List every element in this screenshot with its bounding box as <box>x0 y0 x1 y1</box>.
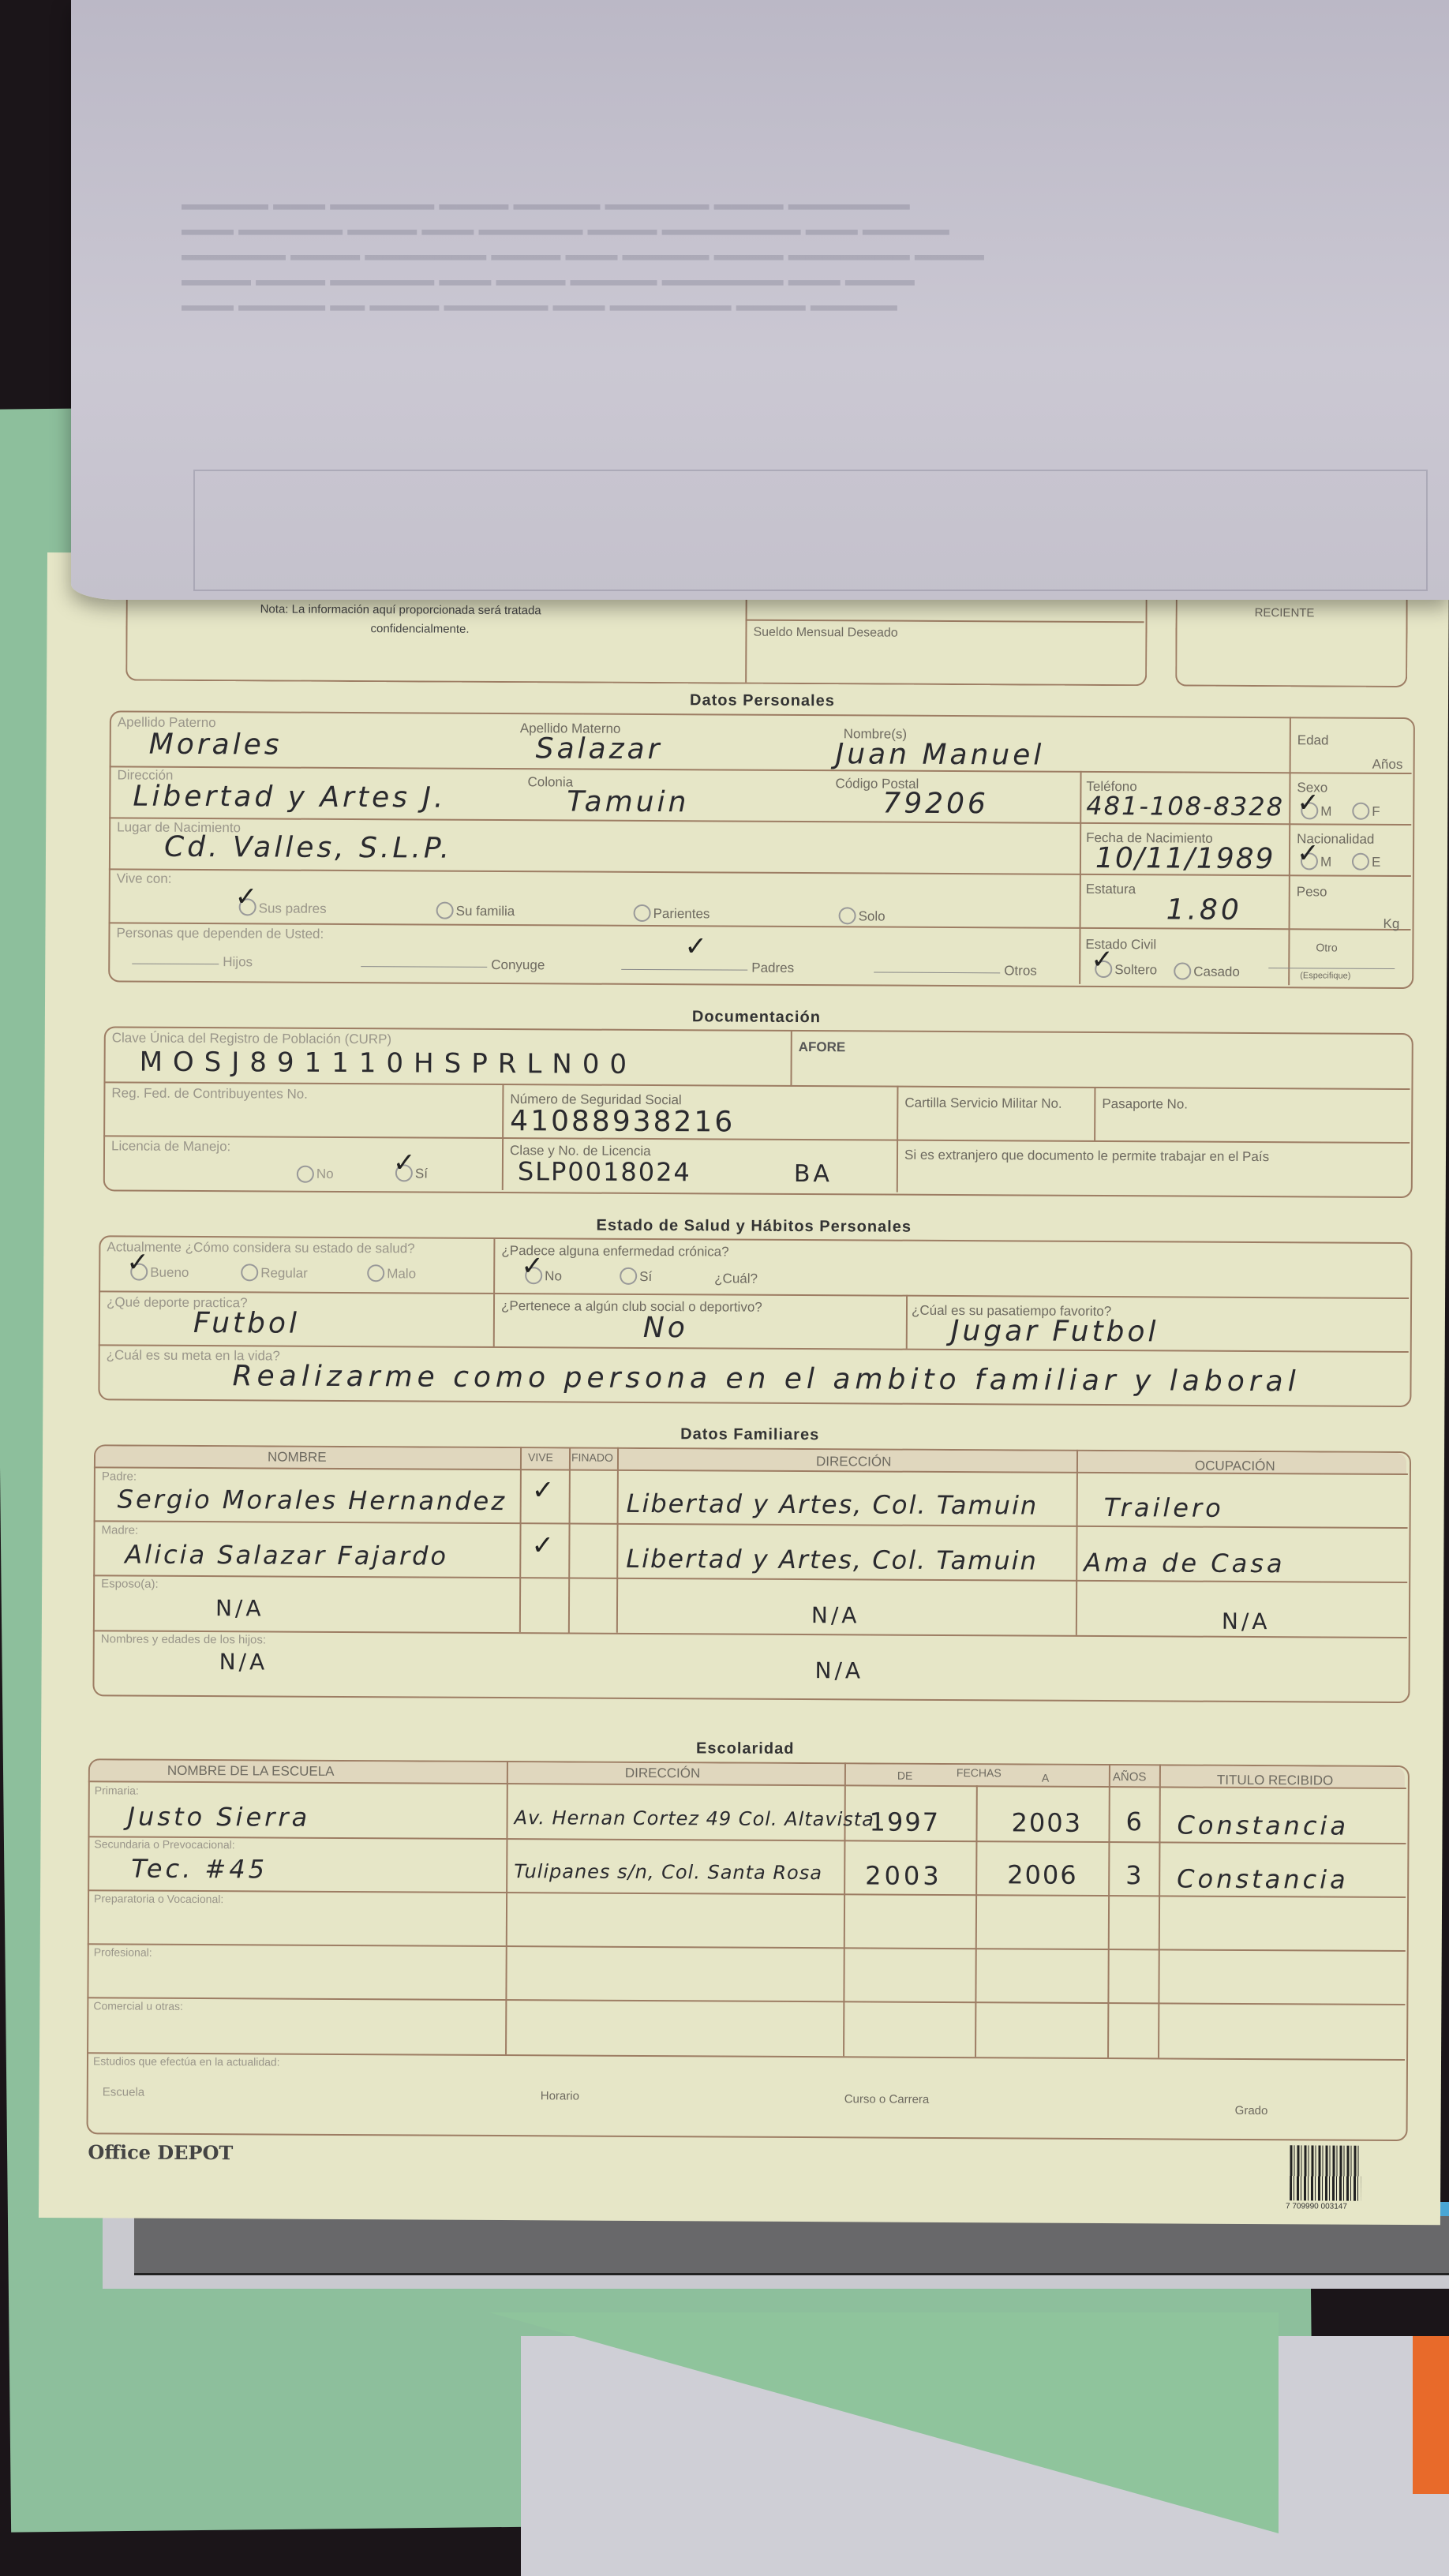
vive-su-familia-label: Su familia <box>456 904 515 919</box>
primaria-nombre[interactable]: Justo Sierra <box>128 1802 311 1833</box>
col-header-vive: VIVE <box>528 1451 553 1463</box>
office-depot-logo: Office DEPOT <box>88 2140 233 2164</box>
curso-label: Curso o Carrera <box>844 2092 930 2106</box>
row-label-esposo: Esposo(a): <box>101 1577 159 1590</box>
col-header-ocupacion: OCUPACIÓN <box>1195 1458 1275 1475</box>
secundaria-direccion[interactable]: Tulipanes s/n, Col. Santa Rosa <box>514 1860 822 1884</box>
afore-label: AFORE <box>799 1039 846 1055</box>
apellido-paterno-field[interactable]: Morales <box>149 728 283 762</box>
hijos-field[interactable]: N/A <box>219 1649 268 1675</box>
cronica-si-radio[interactable] <box>620 1267 637 1285</box>
peso-label: Peso <box>1297 884 1327 900</box>
row-label-comercial: Comercial u otras: <box>93 1999 183 2012</box>
primaria-direccion[interactable]: Av. Hernan Cortez 49 Col. Altavista <box>515 1807 874 1830</box>
estatura-label: Estatura <box>1086 882 1136 897</box>
check-mark-icon: ✓ <box>1297 789 1320 816</box>
pasatiempo-field[interactable]: Jugar Futbol <box>951 1315 1159 1348</box>
cual-label: ¿Cuál? <box>714 1271 758 1286</box>
barcode-number: 7 709990 003147 <box>1286 2202 1347 2211</box>
telefono-field[interactable]: 481-108-8328 <box>1086 791 1284 822</box>
colonia-field[interactable]: Tamuin <box>567 785 689 818</box>
col-header-titulo: TITULO RECIBIDO <box>1217 1773 1333 1789</box>
sexo-m-label: M <box>1320 803 1331 819</box>
secundaria-anos[interactable]: 3 <box>1125 1860 1145 1890</box>
lugar-nacimiento-field[interactable]: Cd. Valles, S.L.P. <box>164 831 452 865</box>
padre-ocupacion[interactable]: Trailero <box>1104 1492 1224 1523</box>
extranjero-label: Si es extranjero que documento le permit… <box>904 1148 1269 1165</box>
vive-con-label: Vive con: <box>117 871 172 886</box>
note-line-3: confidencialmente. <box>370 622 469 636</box>
cronica-si-label: Sí <box>639 1269 652 1285</box>
apellido-materno-field[interactable]: Salazar <box>536 732 663 766</box>
esposo-ocupacion[interactable]: N/A <box>1222 1608 1271 1634</box>
section-title-familiares: Datos Familiares <box>680 1425 819 1444</box>
licencia-no-label: No <box>316 1166 334 1182</box>
primaria-titulo[interactable]: Constancia <box>1177 1810 1349 1841</box>
codigo-postal-field[interactable]: 79206 <box>882 788 989 821</box>
row-label-preparatoria: Preparatoria o Vocacional: <box>94 1892 223 1905</box>
job-application-form: Favor de llenar esta solicitud en forma … <box>39 552 1449 2225</box>
padre-vive-check-icon[interactable]: ✓ <box>532 1477 555 1503</box>
section-title-datos-personales: Datos Personales <box>690 691 835 710</box>
casado-radio[interactable] <box>1174 962 1191 979</box>
escuela-actual-label: Escuela <box>103 2085 144 2099</box>
col-header-nombre: NOMBRE <box>268 1449 327 1465</box>
licencia-numero-field[interactable]: SLP0018024 <box>518 1156 691 1187</box>
rfc-label: Reg. Fed. de Contribuyentes No. <box>111 1085 308 1102</box>
pasaporte-label: Pasaporte No. <box>1102 1096 1188 1113</box>
orange-folder-edge <box>1413 2336 1449 2494</box>
dependientes-conyuge: Conyuge <box>491 957 545 973</box>
dependientes-otros: Otros <box>1004 963 1037 979</box>
section-title-documentacion: Documentación <box>692 1008 821 1027</box>
barcode-icon <box>1290 2145 1361 2200</box>
divider <box>906 1295 908 1349</box>
edad-label: Edad <box>1297 732 1329 748</box>
primaria-de[interactable]: 1997 <box>869 1807 940 1837</box>
vive-solo-label: Solo <box>859 908 885 924</box>
licencia-no-radio[interactable] <box>297 1166 314 1183</box>
club-field[interactable]: No <box>643 1312 688 1344</box>
curp-field[interactable]: MOSJ891110HSPRLN00 <box>140 1046 638 1080</box>
secundaria-titulo[interactable]: Constancia <box>1177 1864 1349 1895</box>
section-title-escolaridad: Escolaridad <box>696 1739 795 1758</box>
col-header-fechas: FECHAS <box>957 1766 1002 1779</box>
bleed-through-box <box>193 470 1428 591</box>
check-mark-icon: ✓ <box>393 1149 416 1176</box>
hijos-direccion-field[interactable]: N/A <box>815 1657 864 1683</box>
licencia-label: Licencia de Manejo: <box>111 1138 230 1155</box>
hijos-label: Nombres y edades de los hijos: <box>101 1632 266 1646</box>
estudios-actuales-label: Estudios que efectúa en la actualidad: <box>93 2054 280 2068</box>
fecha-nacimiento-field[interactable]: 10/11/1989 <box>1095 842 1275 875</box>
row-label-padre: Padre: <box>102 1470 137 1483</box>
madre-ocupacion[interactable]: Ama de Casa <box>1084 1548 1285 1578</box>
licencia-si-label: Sí <box>415 1166 428 1181</box>
divider <box>790 1030 792 1085</box>
check-mark-icon: ✓ <box>235 883 258 910</box>
grado-label: Grado <box>1235 2104 1268 2117</box>
check-mark-icon: ✓ <box>521 1252 544 1279</box>
direccion-field[interactable]: Libertad y Artes J. <box>133 781 446 814</box>
peso-unit: Kg <box>1383 916 1400 932</box>
note-line-2: Nota: La información aquí proporcionada … <box>260 602 541 617</box>
esposo-direccion[interactable]: N/A <box>811 1602 860 1628</box>
sexo-f-label: F <box>1372 804 1380 820</box>
nacionalidad-m-label: M <box>1320 854 1331 870</box>
col-header-a: A <box>1042 1772 1049 1784</box>
sueldo-label: Sueldo Mensual Deseado <box>753 626 897 641</box>
col-header-direccion: DIRECCIÓN <box>816 1454 892 1470</box>
club-label: ¿Pertenece a algún club social o deporti… <box>501 1298 762 1316</box>
especifique-label: (Especifique) <box>1300 971 1350 980</box>
check-mark-icon: ✓ <box>126 1249 149 1276</box>
salud-regular-label: Regular <box>260 1265 308 1281</box>
col-header-direccion: DIRECCIÓN <box>625 1765 701 1781</box>
row-label-profesional: Profesional: <box>94 1945 152 1958</box>
vive-solo-radio[interactable] <box>839 907 856 924</box>
col-header-de: DE <box>897 1769 913 1782</box>
dependientes-padres: Padres <box>751 960 794 976</box>
nombre-field[interactable]: Juan Manuel <box>836 738 1045 771</box>
estado-salud-label: Actualmente ¿Cómo considera su estado de… <box>107 1239 414 1256</box>
esposo-nombre[interactable]: N/A <box>215 1595 264 1621</box>
secundaria-de[interactable]: 2003 <box>865 1860 942 1891</box>
cartilla-label: Cartilla Servicio Militar No. <box>904 1095 1061 1112</box>
edad-unit: Años <box>1372 757 1403 773</box>
vive-parientes-radio[interactable] <box>634 904 651 922</box>
col-header-finado: FINADO <box>571 1451 613 1463</box>
sexo-f-radio[interactable] <box>1352 803 1369 820</box>
vive-sus-padres-label: Sus padres <box>259 900 327 916</box>
padre-direccion[interactable]: Libertad y Artes, Col. Tamuin <box>627 1488 1039 1521</box>
nss-field[interactable]: 41088938216 <box>510 1105 735 1138</box>
check-mark-icon: ✓ <box>1091 946 1114 973</box>
casado-label: Casado <box>1193 964 1240 980</box>
secundaria-a[interactable]: 2006 <box>1007 1859 1078 1889</box>
bleed-through-text: ▬▬▬ ▬▬▬▬▬ ▬▬ ▬▬▬▬ ▬▬▬▬▬▬ ▬▬▬ ▬▬▬▬▬▬▬ ▬▬▬… <box>182 197 1365 324</box>
vive-parientes-label: Parientes <box>653 906 710 922</box>
curp-label: Clave Única del Registro de Población (C… <box>112 1030 391 1047</box>
check-mark-icon: ✓ <box>1297 840 1320 867</box>
dependientes-label: Personas que dependen de Usted: <box>116 925 324 942</box>
flipped-previous-page: ▬▬▬ ▬▬▬▬▬ ▬▬ ▬▬▬▬ ▬▬▬▬▬▬ ▬▬▬ ▬▬▬▬▬▬▬ ▬▬▬… <box>71 0 1449 600</box>
col-header-anos: AÑOS <box>1113 1770 1147 1784</box>
horario-label: Horario <box>541 2089 579 2102</box>
padres-check-mark-icon[interactable]: ✓ <box>684 933 707 960</box>
primaria-a[interactable]: 2003 <box>1011 1807 1082 1837</box>
secundaria-nombre[interactable]: Tec. #45 <box>131 1854 268 1885</box>
meta-field[interactable]: Realizarme como persona en el ambito fam… <box>232 1360 1300 1398</box>
nacionalidad-e-label: E <box>1372 855 1380 871</box>
otro-label: Otro <box>1316 941 1337 953</box>
cronica-no-label: No <box>545 1268 562 1284</box>
photo-label: RECIENTE <box>1255 606 1315 620</box>
deporte-field[interactable]: Futbol <box>193 1307 300 1340</box>
nacionalidad-e-radio[interactable] <box>1352 853 1369 871</box>
col-header-escuela: NOMBRE DE LA ESCUELA <box>167 1763 335 1780</box>
madre-nombre[interactable]: Alicia Salazar Fajardo <box>125 1540 448 1571</box>
divider <box>1094 1087 1095 1140</box>
row-label-primaria: Primaria: <box>95 1784 139 1796</box>
salud-malo-label: Malo <box>387 1266 416 1282</box>
section-title-salud: Estado de Salud y Hábitos Personales <box>596 1217 912 1237</box>
madre-vive-check-icon[interactable]: ✓ <box>531 1532 554 1559</box>
salud-malo-radio[interactable] <box>367 1264 384 1282</box>
vive-su-familia-radio[interactable] <box>436 902 454 919</box>
soltero-label: Soltero <box>1114 962 1157 978</box>
licencia-clase-field[interactable]: BA <box>794 1160 833 1188</box>
estatura-field[interactable]: 1.80 <box>1166 893 1242 927</box>
salud-bueno-label: Bueno <box>150 1265 189 1281</box>
madre-direccion[interactable]: Libertad y Artes, Col. Tamuin <box>626 1544 1038 1576</box>
row-label-madre: Madre: <box>101 1523 138 1537</box>
salud-regular-radio[interactable] <box>241 1264 258 1281</box>
dependientes-hijos: Hijos <box>223 954 253 970</box>
primaria-anos[interactable]: 6 <box>1125 1807 1145 1837</box>
row-label-secundaria: Secundaria o Prevocacional: <box>94 1837 234 1851</box>
padre-nombre[interactable]: Sergio Morales Hernandez <box>118 1484 507 1516</box>
